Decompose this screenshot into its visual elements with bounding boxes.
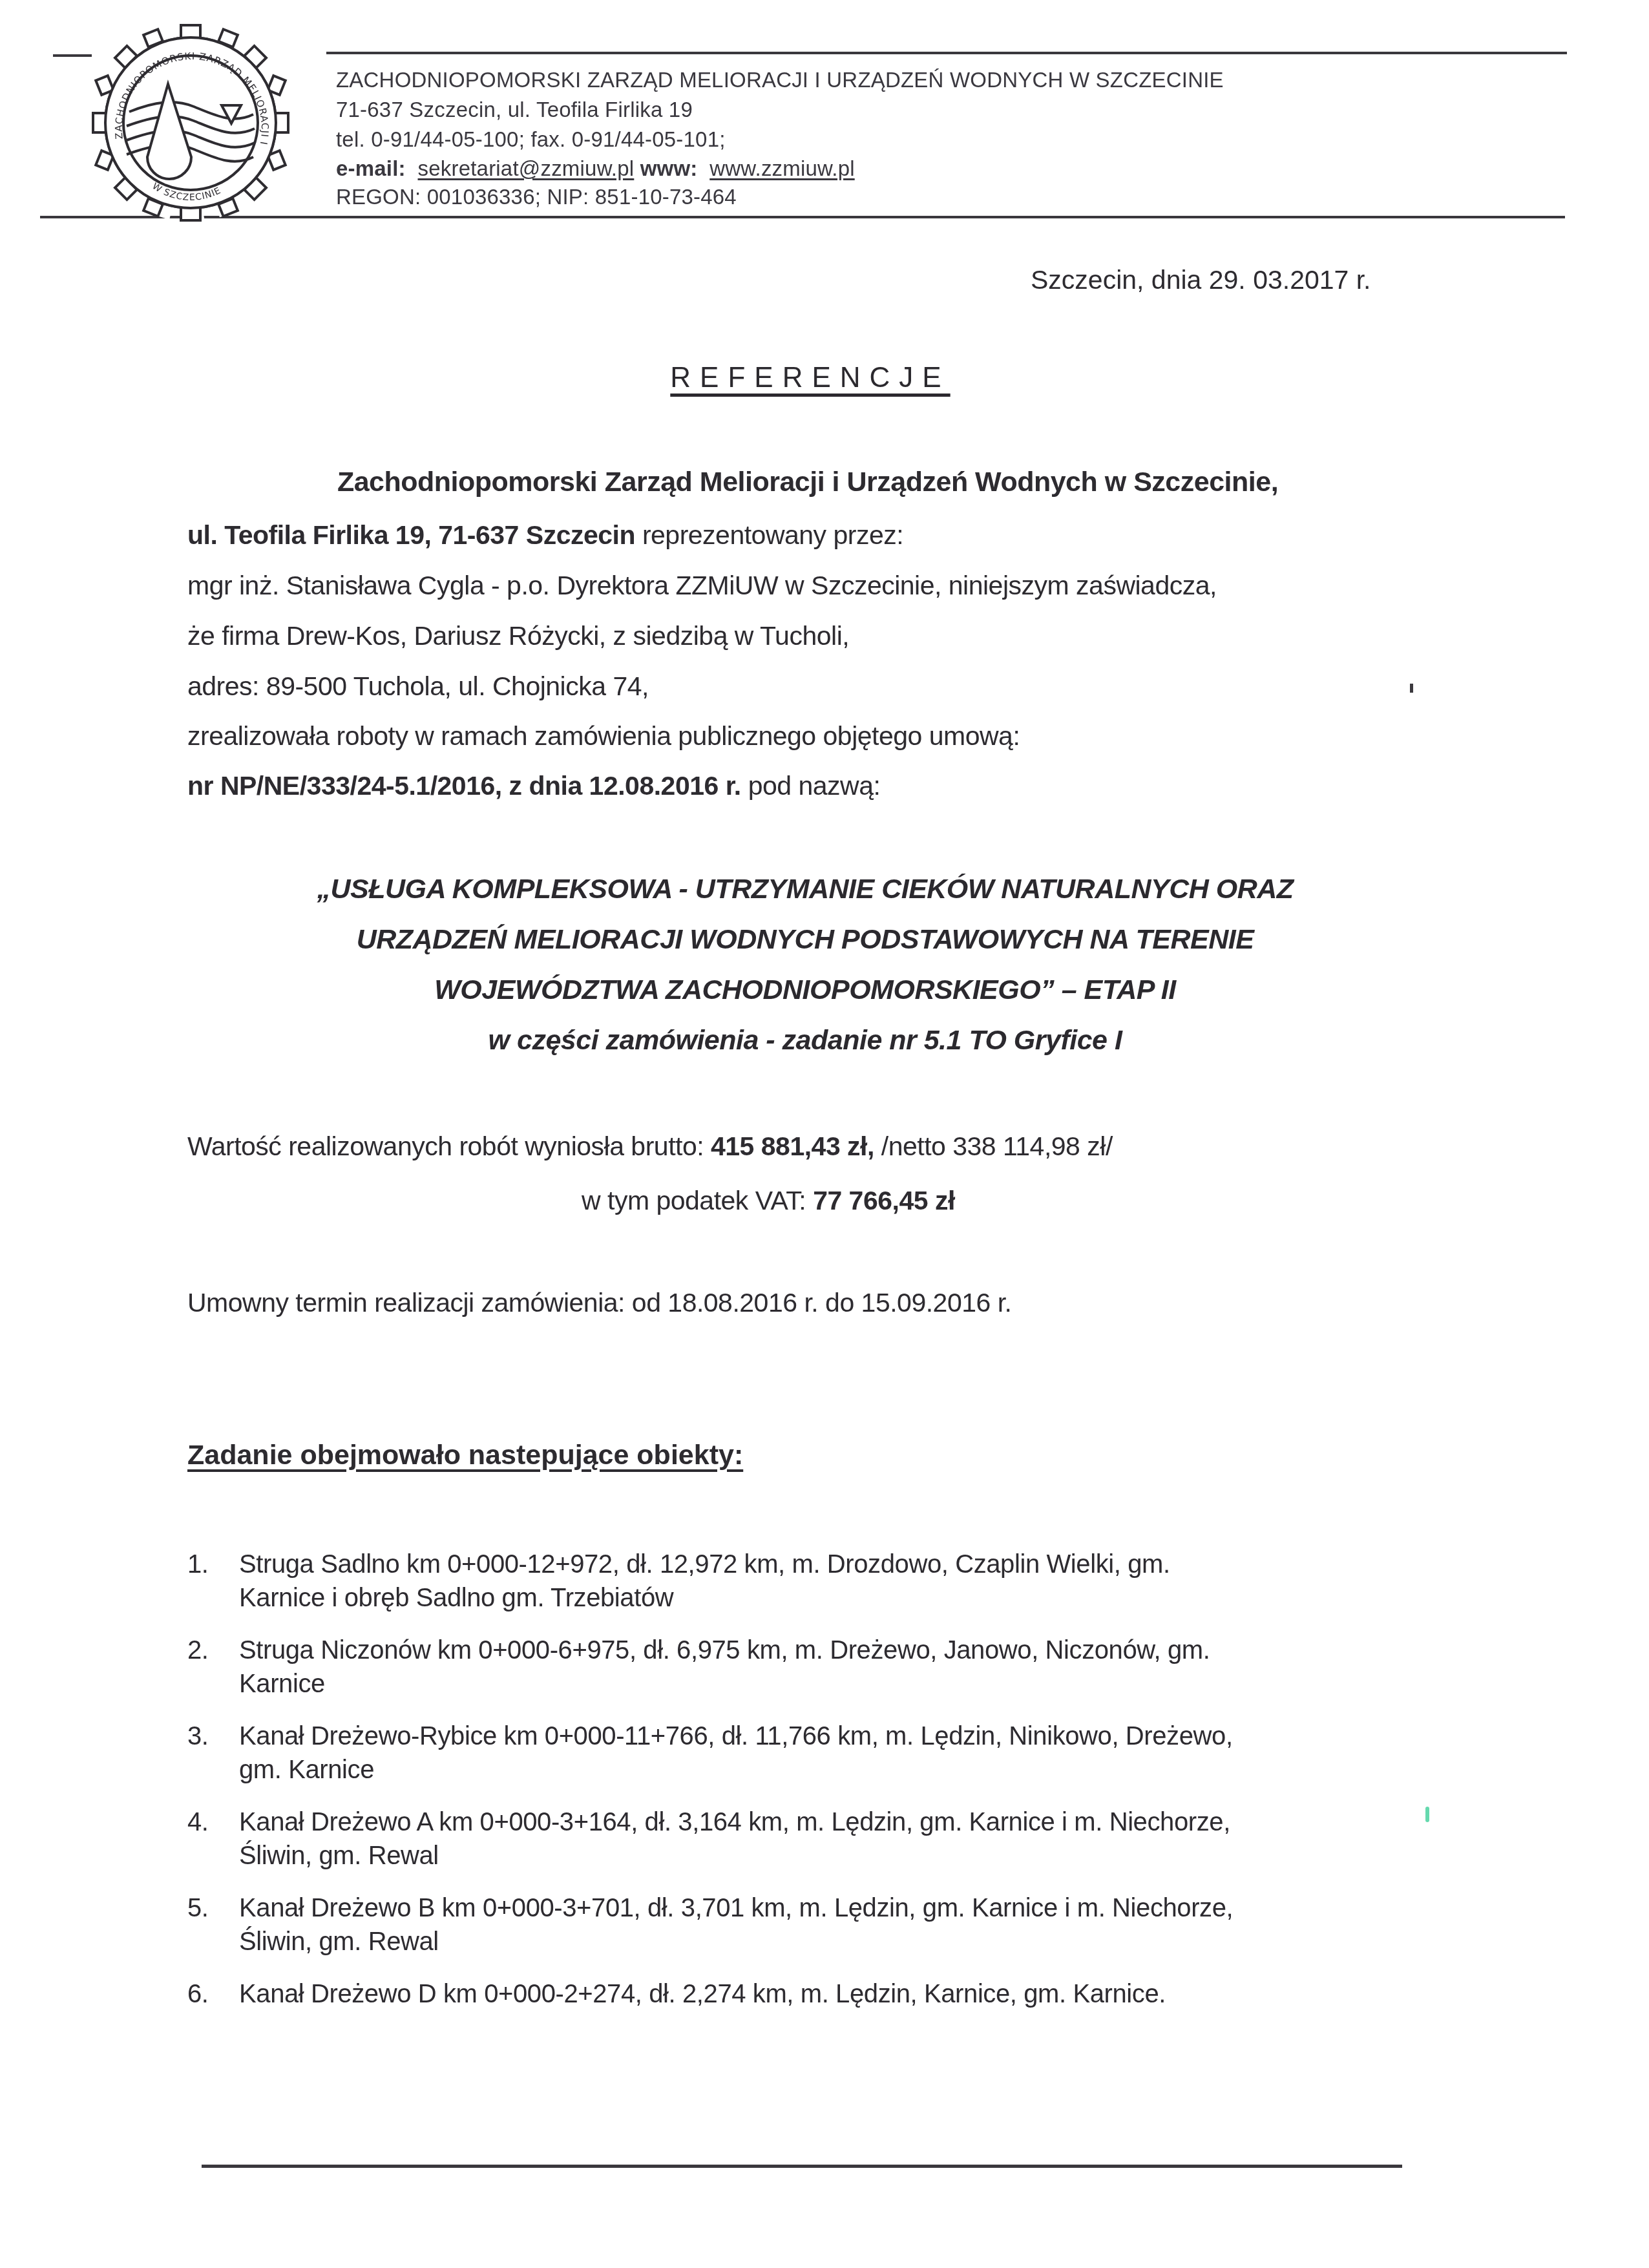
value-net: /netto 338 114,98 zł/ [874,1131,1113,1161]
intro-director-line: mgr inż. Stanisława Cygla - p.o. Dyrekto… [187,569,1217,602]
contract-under-name: pod nazwą: [741,771,881,801]
org-phone-fax: tel. 0-91/44-05-100; fax. 0-91/44-05-101… [336,126,726,153]
list-item-number: 5. [187,1891,226,1925]
document-title: REFERENCJE [0,362,1635,394]
contract-name-line-1: „USŁUGA KOMPLEKSOWA - UTRZYMANIE CIEKÓW … [0,874,1630,905]
list-item-text: Kanał Dreżewo A km 0+000-3+164, dł. 3,16… [239,1805,1531,1873]
list-item-text: Kanał Dreżewo B km 0+000-3+701, dł. 3,70… [239,1891,1531,1958]
www-label: www: [640,156,698,180]
vat-label: w tym podatek VAT: [582,1186,813,1215]
org-name: ZACHODNIOPOMORSKI ZARZĄD MELIORACJI I UR… [336,67,1224,94]
contract-number: nr NP/NE/333/24-5.1/2016, z dnia 12.08.2… [187,771,741,801]
list-item-text: Kanał Dreżewo D km 0+000-2+274, dł. 2,27… [239,1977,1531,2011]
list-item-number: 3. [187,1719,226,1753]
intro-represented-by: reprezentowany przez: [635,520,903,550]
email-link[interactable]: sekretariat@zzmiuw.pl [418,156,635,180]
header-top-rule [326,52,1567,54]
vat-line: w tym podatek VAT: 77 766,45 zł [582,1184,955,1217]
contract-name-line-3: WOJEWÓDZTWA ZACHODNIOPOMORSKIEGO” – ETAP… [0,974,1630,1006]
intro-org-name: Zachodniopomorski Zarząd Melioracji i Ur… [0,467,1632,498]
value-gross: 415 881,43 zł, [711,1131,874,1161]
date-line: Szczecin, dnia 29. 03.2017 r. [1031,265,1371,295]
list-item-number: 2. [187,1633,226,1667]
value-label: Wartość realizowanych robót wyniosła bru… [187,1131,711,1161]
org-regon-nip: REGON: 001036336; NIP: 851-10-73-464 [336,184,737,211]
intro-address-line: ul. Teofila Firlika 19, 71-637 Szczecin … [187,518,903,552]
term-line: Umowny termin realizacji zamówienia: od … [187,1286,1011,1319]
contract-name-line-4: w części zamówienia - zadanie nr 5.1 TO … [0,1025,1630,1056]
website-link[interactable]: www.zzmiuw.pl [709,156,854,180]
email-label: e-mail: [336,156,406,180]
scan-speck-green [1425,1807,1429,1822]
footer-rule [202,2165,1402,2168]
org-seal-logo-icon: ZACHODNIOPOMORSKI ZARZĄD MELIORACJI I UR… [84,16,297,229]
scan-speck [1410,684,1413,693]
intro-address-bold: ul. Teofila Firlika 19, 71-637 Szczecin [187,520,635,550]
list-item-text: Kanał Dreżewo-Rybice km 0+000-11+766, dł… [239,1719,1531,1787]
objects-heading: Zadanie obejmowało nastepujące obiekty: [187,1440,743,1471]
list-item-number: 4. [187,1805,226,1839]
org-contact-line: e-mail: sekretariat@zzmiuw.pl www: www.z… [336,155,855,182]
vat-value: 77 766,45 zł [813,1186,955,1215]
intro-contract-line: zrealizowała roboty w ramach zamówienia … [187,719,1020,753]
org-address: 71-637 Szczecin, ul. Teofila Firlika 19 [336,96,693,123]
intro-contract-number-line: nr NP/NE/333/24-5.1/2016, z dnia 12.08.2… [187,769,880,803]
intro-company-line: że firma Drew-Kos, Dariusz Różycki, z si… [187,619,849,653]
list-item-text: Struga Sadlno km 0+000-12+972, dł. 12,97… [239,1548,1531,1615]
list-item-number: 1. [187,1548,226,1581]
list-item-text: Struga Niczonów km 0+000-6+975, dł. 6,97… [239,1633,1531,1701]
value-line: Wartość realizowanych robót wyniosła bru… [187,1129,1113,1163]
intro-company-address: adres: 89-500 Tuchola, ul. Chojnicka 74, [187,669,649,703]
list-item-number: 6. [187,1977,226,2011]
contract-name-line-2: URZĄDZEŃ MELIORACJI WODNYCH PODSTAWOWYCH… [0,924,1630,956]
